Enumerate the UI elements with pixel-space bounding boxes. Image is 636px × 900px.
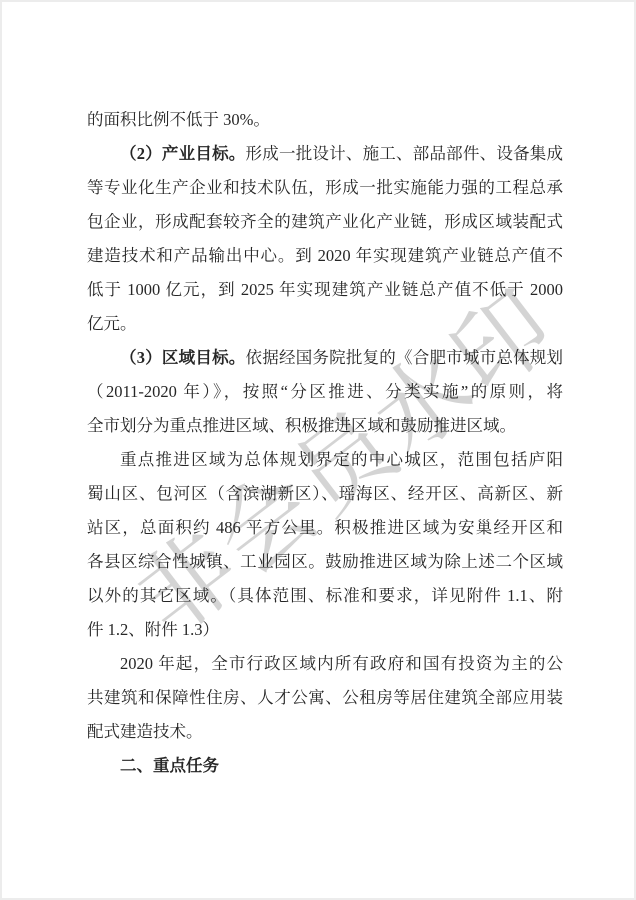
text-line: 蜀山区、包河区（含滨湖新区）、瑶海区、经开区、高新区、新: [87, 477, 563, 511]
body-text: 全市划分为重点推进区域、积极推进区域和鼓励推进区域。: [87, 416, 516, 435]
body-text: 以外的其它区域。（具体范围、标准和要求，详见附件 1.1、附: [87, 586, 563, 605]
body-text: 共建筑和保障性住房、人才公寓、公租房等居住建筑全部应用装: [87, 688, 563, 707]
body-text: 站区，总面积约 486 平方公里。积极推进区域为安巢经开区和: [87, 518, 563, 537]
text-line: 件 1.2、附件 1.3）: [87, 613, 563, 647]
body-text: 包企业，形成配套较齐全的建筑产业化产业链，形成区域装配式: [87, 212, 563, 231]
body-text: 各县区综合性城镇、工业园区。鼓励推进区域为除上述二个区域: [87, 552, 563, 571]
text-line: 2020 年起，全市行政区域内所有政府和国有投资为主的公: [87, 647, 563, 681]
text-line: 亿元。: [87, 307, 563, 341]
body-text: 形成一批设计、施工、部品部件、设备集成: [246, 144, 563, 163]
bold-heading-text: （3）区域目标。: [120, 348, 246, 367]
text-line: 重点推进区域为总体规划界定的中心城区，范围包括庐阳区、: [87, 443, 563, 477]
text-line: （2011-2020 年）》，按照“分区推进、分类实施”的原则，将: [87, 375, 563, 409]
text-line: 低于 1000 亿元，到 2025 年实现建筑产业链总产值不低于 2000: [87, 273, 563, 307]
body-text: 亿元。: [87, 314, 137, 333]
text-line: 的面积比例不低于 30%。: [87, 103, 563, 137]
bold-heading-text: 二、重点任务: [120, 756, 219, 775]
text-line: 包企业，形成配套较齐全的建筑产业化产业链，形成区域装配式: [87, 205, 563, 239]
text-line: 建造技术和产品输出中心。到 2020 年实现建筑产业链总产值不: [87, 239, 563, 273]
text-line: （3）区域目标。依据经国务院批复的《合肥市城市总体规划: [87, 341, 563, 375]
text-line: 全市划分为重点推进区域、积极推进区域和鼓励推进区域。: [87, 409, 563, 443]
bold-heading-text: （2）产业目标。: [120, 144, 246, 163]
body-text: 的面积比例不低于 30%。: [87, 110, 270, 129]
text-line: 配式建造技术。: [87, 715, 563, 749]
document-page: 非会员水印 的面积比例不低于 30%。（2）产业目标。形成一批设计、施工、部品部…: [0, 0, 636, 900]
body-text: 重点推进区域为总体规划界定的中心城区，范围包括庐阳区、: [87, 450, 563, 477]
body-text: 配式建造技术。: [87, 722, 203, 741]
text-line: 各县区综合性城镇、工业园区。鼓励推进区域为除上述二个区域: [87, 545, 563, 579]
text-line: 等专业化生产企业和技术队伍，形成一批实施能力强的工程总承: [87, 171, 563, 205]
body-text: 蜀山区、包河区（含滨湖新区）、瑶海区、经开区、高新区、新: [87, 484, 563, 503]
text-line: 二、重点任务: [87, 749, 563, 783]
body-text: （2011-2020 年）》，按照“分区推进、分类实施”的原则，将: [87, 382, 563, 401]
document-body: 的面积比例不低于 30%。（2）产业目标。形成一批设计、施工、部品部件、设备集成…: [87, 103, 563, 783]
body-text: 低于 1000 亿元，到 2025 年实现建筑产业链总产值不低于 2000: [87, 280, 563, 299]
text-line: （2）产业目标。形成一批设计、施工、部品部件、设备集成: [87, 137, 563, 171]
body-text: 依据经国务院批复的《合肥市城市总体规划: [246, 348, 563, 367]
text-line: 以外的其它区域。（具体范围、标准和要求，详见附件 1.1、附: [87, 579, 563, 613]
body-text: 2020 年起，全市行政区域内所有政府和国有投资为主的公: [120, 654, 563, 673]
body-text: 件 1.2、附件 1.3）: [87, 620, 219, 639]
text-line: 共建筑和保障性住房、人才公寓、公租房等居住建筑全部应用装: [87, 681, 563, 715]
body-text: 建造技术和产品输出中心。到 2020 年实现建筑产业链总产值不: [87, 246, 563, 265]
body-text: 等专业化生产企业和技术队伍，形成一批实施能力强的工程总承: [87, 178, 563, 197]
text-line: 站区，总面积约 486 平方公里。积极推进区域为安巢经开区和: [87, 511, 563, 545]
